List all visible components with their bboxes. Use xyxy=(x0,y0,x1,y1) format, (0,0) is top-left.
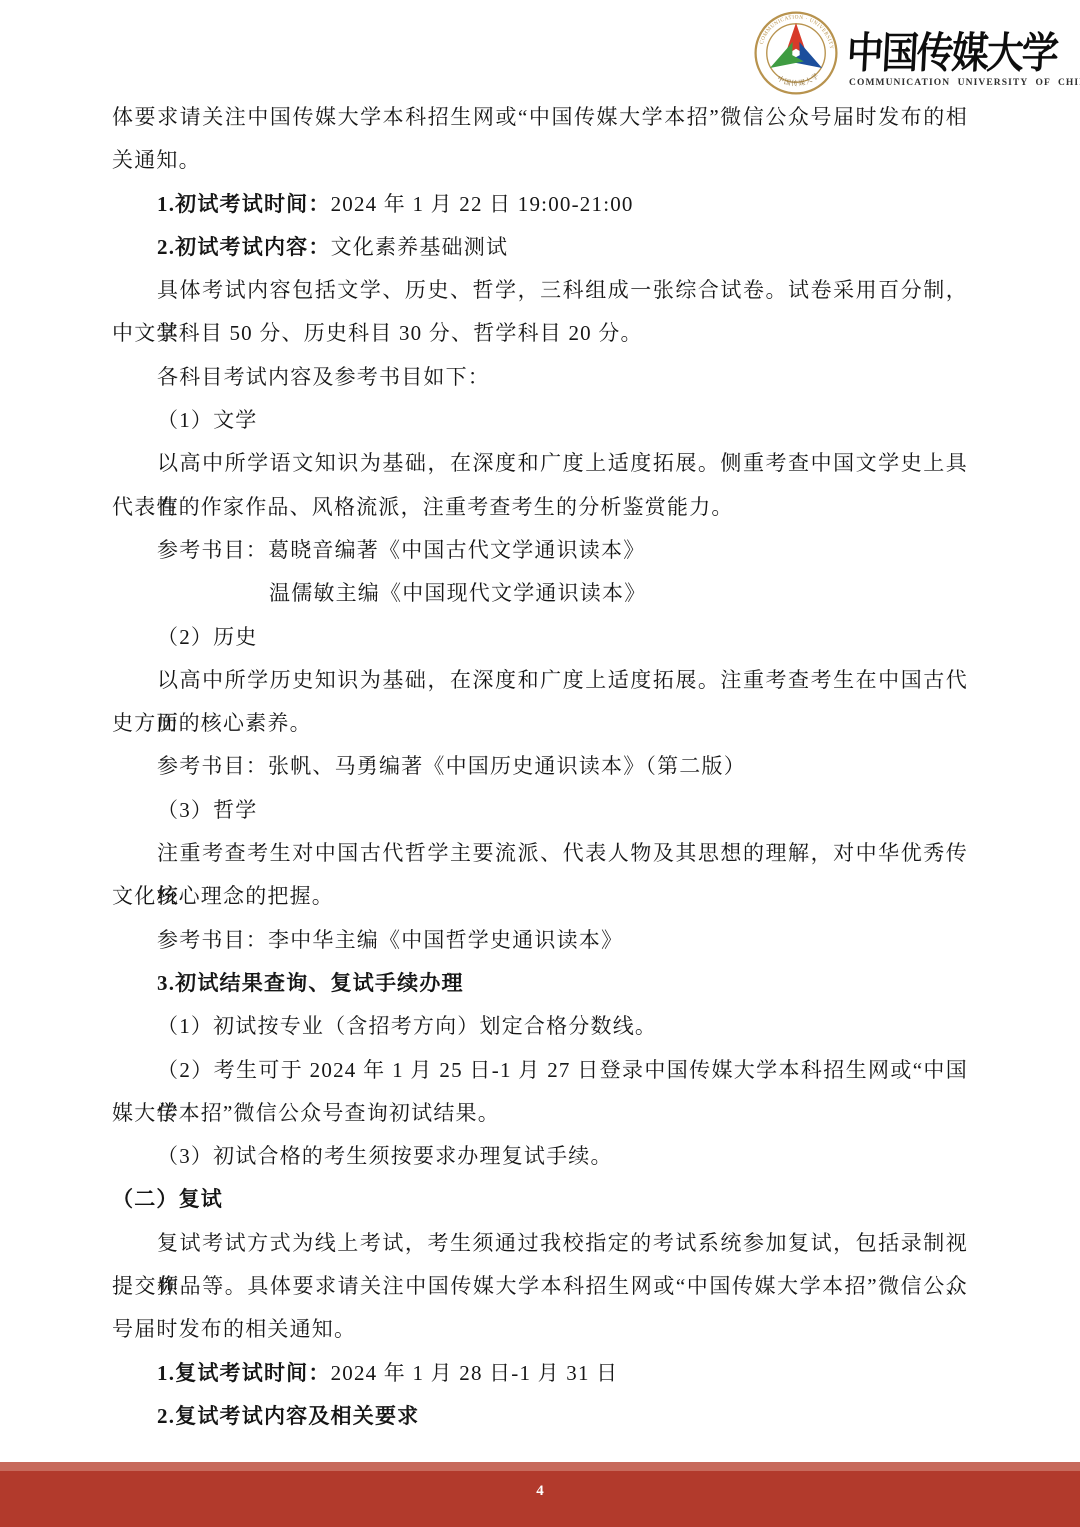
text-line: 各科目考试内容及参考书目如下： xyxy=(112,356,968,399)
text-line: 提交作品等。具体要求请关注中国传媒大学本科招生网或“中国传媒大学本招”微信公众 xyxy=(112,1265,968,1308)
text-segment: （3）哲学 xyxy=(157,798,258,822)
text-segment: 参考书目：张帆、马勇编著《中国历史通识读本》（第二版） xyxy=(157,754,746,778)
text-segment: 提交作品等。具体要求请关注中国传媒大学本科招生网或“中国传媒大学本招”微信公众 xyxy=(112,1274,968,1298)
text-line: （2）历史 xyxy=(112,616,968,659)
text-line: 以高中所学历史知识为基础，在深度和广度上适度拓展。注重考查考生在中国古代历 xyxy=(112,659,968,702)
text-segment: （1）文学 xyxy=(157,408,258,432)
text-segment: 温儒敏主编《中国现代文学通识读本》 xyxy=(269,581,646,605)
page-number: 4 xyxy=(0,1483,1080,1500)
text-segment: 各科目考试内容及参考书目如下： xyxy=(157,365,490,389)
text-line: （3）初试合格的考生须按要求办理复试手续。 xyxy=(112,1135,968,1178)
footer-accent-strip xyxy=(0,1462,1080,1471)
text-segment-bold: 2.初试考试内容： xyxy=(157,235,331,259)
text-line: 关通知。 xyxy=(112,139,968,182)
text-line: 3.初试结果查询、复试手续办理 xyxy=(112,962,968,1005)
footer-bar: 4 xyxy=(0,1462,1080,1527)
text-line: 中文学科目 50 分、历史科目 30 分、哲学科目 20 分。 xyxy=(112,312,968,355)
text-segment: 2024 年 1 月 22 日 19:00-21:00 xyxy=(331,192,634,216)
cuc-emblem-icon: COMMUNICATION · UNIVERSITY OF CHINA 中国传媒… xyxy=(753,10,839,96)
text-segment: 媒大学本招”微信公众号查询初试结果。 xyxy=(112,1101,500,1125)
text-segment: 代表性的作家作品、风格流派，注重考查考生的分析鉴赏能力。 xyxy=(112,495,734,519)
cuc-wordmark-subtitle: COMMUNICATION UNIVERSITY OF CHINA xyxy=(849,78,1061,88)
text-segment: 关通知。 xyxy=(112,148,201,172)
text-segment-bold: 1.复试考试时间： xyxy=(157,1361,331,1385)
document-page: COMMUNICATION · UNIVERSITY OF CHINA 中国传媒… xyxy=(0,0,1080,1527)
footer-main-strip: 4 xyxy=(0,1471,1080,1527)
text-line: 1.复试考试时间：2024 年 1 月 28 日-1 月 31 日 xyxy=(112,1352,968,1395)
text-segment-bold: 3.初试结果查询、复试手续办理 xyxy=(157,971,464,995)
text-segment: 参考书目：葛晓音编著《中国古代文学通识读本》 xyxy=(157,538,645,562)
text-line: 体要求请关注中国传媒大学本科招生网或“中国传媒大学本招”微信公众号届时发布的相 xyxy=(112,96,968,139)
text-segment: （2）历史 xyxy=(157,625,258,649)
text-segment: （3）初试合格的考生须按要求办理复试手续。 xyxy=(157,1144,613,1168)
text-line: （1）文学 xyxy=(112,399,968,442)
text-segment-bold: 2.复试考试内容及相关要求 xyxy=(157,1404,419,1428)
text-line: 以高中所学语文知识为基础，在深度和广度上适度拓展。侧重考查中国文学史上具有 xyxy=(112,442,968,485)
text-line: （二）复试 xyxy=(112,1178,968,1221)
text-segment: 中文学科目 50 分、历史科目 30 分、哲学科目 20 分。 xyxy=(112,321,643,345)
text-segment: （1）初试按专业（含招考方向）划定合格分数线。 xyxy=(157,1014,657,1038)
text-line: 代表性的作家作品、风格流派，注重考查考生的分析鉴赏能力。 xyxy=(112,486,968,529)
text-line: 温儒敏主编《中国现代文学通识读本》 xyxy=(112,572,968,615)
text-segment: 文化核心理念的把握。 xyxy=(112,884,334,908)
header-logo: COMMUNICATION · UNIVERSITY OF CHINA 中国传媒… xyxy=(753,8,1063,100)
text-segment-bold: （二）复试 xyxy=(112,1187,223,1211)
text-segment-bold: 1.初试考试时间： xyxy=(157,192,331,216)
text-line: 复试考试方式为线上考试，考生须通过我校指定的考试系统参加复试，包括录制视频、 xyxy=(112,1222,968,1265)
text-line: 2.复试考试内容及相关要求 xyxy=(112,1395,968,1438)
text-line: （3）哲学 xyxy=(112,789,968,832)
text-segment: 史方面的核心素养。 xyxy=(112,711,312,735)
text-segment: 号届时发布的相关通知。 xyxy=(112,1317,356,1341)
cuc-wordmark: 中国传媒大学 xyxy=(845,18,1060,78)
text-line: （1）初试按专业（含招考方向）划定合格分数线。 xyxy=(112,1005,968,1048)
text-line: 号届时发布的相关通知。 xyxy=(112,1308,968,1351)
text-line: 具体考试内容包括文学、历史、哲学，三科组成一张综合试卷。试卷采用百分制，其 xyxy=(112,269,968,312)
text-segment: 体要求请关注中国传媒大学本科招生网或“中国传媒大学本招”微信公众号届时发布的相 xyxy=(112,105,968,129)
text-line: 参考书目：张帆、马勇编著《中国历史通识读本》（第二版） xyxy=(112,745,968,788)
text-line: 注重考查考生对中国古代哲学主要流派、代表人物及其思想的理解，对中华优秀传统 xyxy=(112,832,968,875)
text-segment: 参考书目：李中华主编《中国哲学史通识读本》 xyxy=(157,928,623,952)
text-line: 史方面的核心素养。 xyxy=(112,702,968,745)
text-line: 媒大学本招”微信公众号查询初试结果。 xyxy=(112,1092,968,1135)
document-body: 体要求请关注中国传媒大学本科招生网或“中国传媒大学本招”微信公众号届时发布的相关… xyxy=(112,96,968,1438)
text-line: 1.初试考试时间：2024 年 1 月 22 日 19:00-21:00 xyxy=(112,183,968,226)
text-segment: 2024 年 1 月 28 日-1 月 31 日 xyxy=(331,1361,619,1385)
text-segment: 文化素养基础测试 xyxy=(331,235,509,259)
text-line: 参考书目：葛晓音编著《中国古代文学通识读本》 xyxy=(112,529,968,572)
text-line: 文化核心理念的把握。 xyxy=(112,875,968,918)
text-line: 2.初试考试内容：文化素养基础测试 xyxy=(112,226,968,269)
text-line: 参考书目：李中华主编《中国哲学史通识读本》 xyxy=(112,919,968,962)
text-line: （2）考生可于 2024 年 1 月 25 日-1 月 27 日登录中国传媒大学… xyxy=(112,1049,968,1092)
